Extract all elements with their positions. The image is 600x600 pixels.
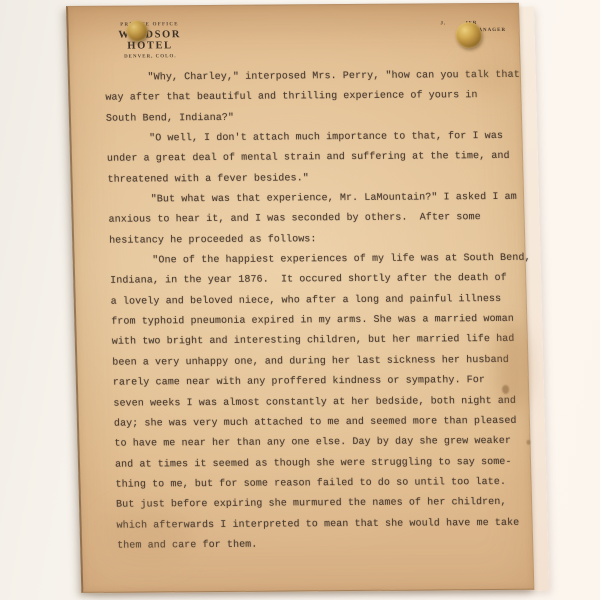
manager-name-line: J.IER bbox=[440, 21, 550, 27]
typed-line: and at times it seemed as though she wer… bbox=[115, 452, 528, 475]
typed-line: from typhoid pneumonia expired in my arm… bbox=[111, 310, 524, 333]
typed-line: rarely came near with any proffered kind… bbox=[113, 371, 526, 394]
typed-line: a lovely and beloved niece, who after a … bbox=[111, 290, 524, 313]
typed-line: to have me near her than any one else. D… bbox=[114, 432, 527, 455]
manager-name-left: J. bbox=[440, 21, 445, 26]
typed-line: thing to me, but for some reason failed … bbox=[115, 473, 528, 496]
ink-speck bbox=[526, 440, 530, 445]
letterhead: PRIVATE OFFICE WINDSOR HOTEL DENVER, COL… bbox=[100, 22, 199, 59]
typed-line: been a very unhappy one, and during her … bbox=[112, 351, 525, 374]
typed-line: "But what was that experience, Mr. LaMou… bbox=[108, 188, 521, 211]
letterhead-office-label: PRIVATE OFFICE bbox=[100, 22, 198, 28]
brass-fastener-left bbox=[126, 20, 148, 41]
typed-line: "One of the happiest experiences of my l… bbox=[109, 249, 522, 272]
typed-line: hesitancy he proceeded as follows: bbox=[109, 229, 522, 252]
typed-text: "Why, Charley," interposed Mrs. Perry, "… bbox=[105, 66, 530, 557]
typed-line: South Bend, Indiana?" bbox=[106, 107, 519, 130]
typed-line: with two bright and interesting children… bbox=[112, 330, 525, 353]
typed-line: seven weeks I was almost constantly at h… bbox=[113, 391, 526, 414]
typed-line: "Why, Charley," interposed Mrs. Perry, "… bbox=[105, 66, 518, 89]
typed-line: "O well, I don't attach much importance … bbox=[106, 127, 519, 150]
typed-line: day; she was very much attached to me an… bbox=[114, 412, 527, 435]
letterhead-city: DENVER, COLO. bbox=[101, 54, 199, 60]
manager-title: MANAGER bbox=[473, 27, 551, 33]
typed-line: which afterwards I interpreted to mean t… bbox=[116, 513, 529, 536]
typed-line: them and care for them. bbox=[117, 534, 530, 557]
typed-line: Indiana, in the year 1876. It occured sh… bbox=[110, 269, 523, 292]
typed-line: under a great deal of mental strain and … bbox=[107, 147, 520, 170]
photo-background: PRIVATE OFFICE WINDSOR HOTEL DENVER, COL… bbox=[0, 0, 600, 600]
letterhead-hotel-name: WINDSOR HOTEL bbox=[101, 29, 200, 52]
typed-line: threatened with a fever besides." bbox=[107, 168, 520, 191]
brass-fastener-right bbox=[455, 22, 482, 48]
typed-line: But just before expiring she murmured th… bbox=[116, 493, 529, 516]
typed-line: way after that beautiful and thrilling e… bbox=[105, 86, 518, 109]
typed-line: anxious to hear it, and I was seconded b… bbox=[108, 208, 521, 231]
document-page: PRIVATE OFFICE WINDSOR HOTEL DENVER, COL… bbox=[66, 3, 534, 593]
